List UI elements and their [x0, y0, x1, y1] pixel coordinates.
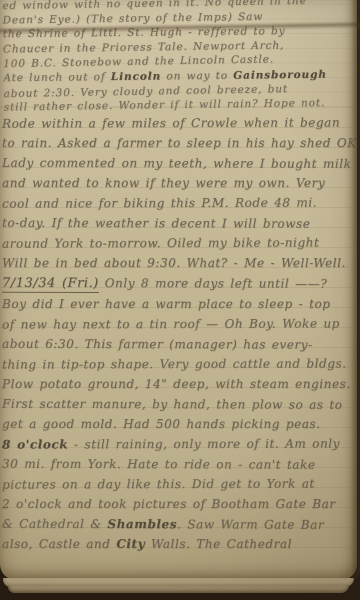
journal-line: to rain. Asked a farmer to sleep in his … — [2, 133, 357, 153]
journal-line: of new hay next to a tin roof — Oh Boy. … — [2, 313, 357, 334]
journal-line: Lady commented on my teeth, where I boug… — [2, 153, 357, 174]
journal-line: also, Castle and City Walls. The Cathedr… — [2, 534, 357, 554]
journal-text-top: ed window with no queen in it. No queen … — [2, 0, 356, 115]
journal-line: cool and nice for biking this P.M. Rode … — [2, 192, 357, 213]
journal-line: 2 o'clock and took pictures of Bootham G… — [2, 494, 357, 514]
journal-line: to-day. If the weather is decent I will … — [2, 213, 357, 234]
journal-line: and wanted to know if they were my own. … — [2, 173, 357, 193]
journal-line: Will be in bed about 9:30. What? - Me - … — [2, 253, 357, 273]
journal-line: First scatter manure, by hand, then plow… — [2, 394, 357, 415]
page-right-edge-shadow — [351, 0, 360, 580]
retraced-word: City — [116, 537, 145, 551]
retraced-word: Gainsborough — [233, 69, 327, 82]
journal-line: Boy did I ever have a warm place to slee… — [2, 294, 357, 314]
retraced-word: Shambles — [107, 517, 177, 531]
underlined-entry-date: 7/13/34 (Fri.) — [2, 276, 99, 293]
journal-line: 30 mi. from York. Hate to ride on - can'… — [2, 454, 357, 475]
journal-line: thing in tip-top shape. Very good cattle… — [2, 353, 357, 374]
journal-line: about 6:30. This farmer (manager) has ev… — [2, 334, 357, 355]
journal-text-body: Rode within a few miles of Crowle when i… — [2, 113, 357, 554]
retraced-word: 8 o'clock — [2, 437, 68, 451]
page-edge-stack-2 — [8, 585, 349, 593]
journal-line: Rode within a few miles of Crowle when i… — [2, 112, 357, 133]
retraced-word: Lincoln — [111, 70, 161, 83]
journal-line: 7/13/34 (Fri.) Only 8 more days left unt… — [2, 273, 357, 295]
journal-page: ed window with no queen in it. No queen … — [0, 0, 357, 580]
journal-line: Plow potato ground, 14" deep, with steam… — [2, 374, 357, 394]
journal-line: pictures on a day like this. Did get to … — [2, 473, 357, 494]
photo-of-journal-page: { "document": { "kind": "handwritten pen… — [0, 0, 360, 600]
journal-line: 8 o'clock - still raining, only more of … — [2, 433, 357, 454]
journal-line: get a good mold. Had 500 hands picking p… — [2, 414, 357, 434]
journal-line: & Cathedral & Shambles. Saw Warm Gate Ba… — [2, 514, 357, 535]
journal-line: around York to-morrow. Oiled my bike to-… — [2, 232, 357, 253]
